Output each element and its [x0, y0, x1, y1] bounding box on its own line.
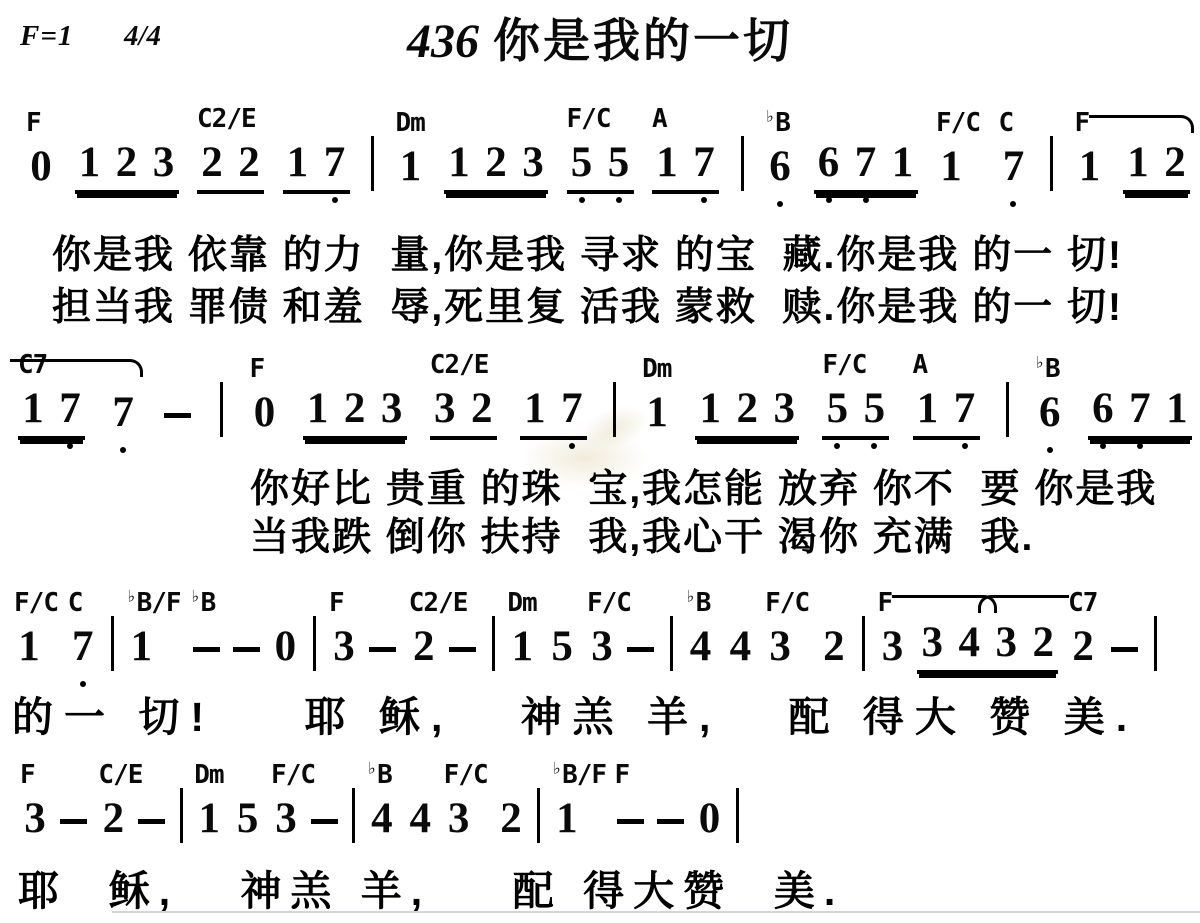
note-beam-group: 17 — [18, 387, 85, 440]
bar-line — [180, 788, 183, 843]
note-digit: 1 — [1165, 387, 1189, 431]
note-digit: 7 — [560, 387, 584, 431]
beat-group: 2 — [819, 588, 849, 674]
beat-group: 123 — [303, 350, 407, 440]
note-digit: 6 — [1091, 387, 1115, 431]
note-beam-group: 3 — [878, 625, 908, 674]
tie-curve-right — [1089, 115, 1194, 133]
note-beam-group: 3 — [20, 797, 90, 846]
flat-icon: ♭ — [1035, 353, 1045, 373]
chord-label: C7 — [18, 350, 47, 387]
beat-group: 5 — [547, 588, 577, 674]
note-beam-group: 4 — [686, 625, 716, 674]
beat-group: 123 — [75, 104, 179, 194]
note-beam-group: 671 — [814, 141, 918, 194]
note-digit: 2 — [343, 387, 367, 431]
note-beam-group: 0 — [614, 797, 724, 846]
bar-line — [492, 616, 495, 671]
note-digit: 1 — [645, 391, 669, 435]
note-beam-group: 6 — [1035, 391, 1065, 440]
beat-group: F0 — [614, 760, 724, 846]
note-beam-group: 1 — [14, 625, 44, 674]
note-digit: 7 — [953, 387, 977, 431]
note-beam-group: 1 — [507, 625, 537, 674]
note-beam-group: 4 — [367, 797, 397, 846]
sustain-dash — [233, 647, 260, 652]
note-beam-group: 17 — [652, 141, 719, 194]
beat-group: C72 — [1068, 588, 1098, 674]
note-digit: 3 — [332, 625, 356, 669]
note-digit: 5 — [607, 141, 631, 185]
beat-group: Dm1 — [194, 760, 224, 846]
chord-label: F — [250, 354, 265, 391]
chord-label: Dm — [396, 108, 425, 145]
bar-line — [1050, 136, 1053, 191]
chord-label: F/C — [444, 760, 488, 797]
note-digit: 2 — [1071, 625, 1095, 669]
note-beam-group: 4 — [405, 797, 435, 846]
sustain-dash — [369, 647, 396, 652]
note-digit: 2 — [115, 141, 139, 185]
sustain-dash — [311, 819, 338, 824]
note-digit: 3 — [590, 625, 614, 669]
note-digit: 7 — [854, 141, 878, 185]
note-digit: 3 — [152, 141, 176, 185]
flat-icon: ♭ — [686, 587, 696, 607]
sustain-dash — [193, 647, 220, 652]
sustain-dash — [60, 819, 87, 824]
note-digit: 1 — [523, 387, 547, 431]
beat-group: Dm1 — [396, 108, 426, 194]
note-beam-group: 2 — [98, 797, 168, 846]
note-digit: 3 — [521, 141, 545, 185]
note-digit: 5 — [862, 387, 886, 431]
sustain-dash — [617, 819, 644, 824]
beat-group: ♭B4 — [367, 760, 397, 846]
note-digit: 2 — [470, 387, 494, 431]
chord-label: ♭B — [686, 588, 711, 625]
beat-group: C7 — [998, 108, 1028, 194]
note-digit: 7 — [58, 387, 82, 431]
note-digit: 3 — [447, 797, 471, 841]
note-digit: 1 — [939, 145, 963, 189]
lyrics-line-2-verse-2: 当我跌 倒你 扶持 我,我心干 渴你 充满 我. — [250, 506, 1034, 562]
note-digit: 1 — [78, 141, 102, 185]
note-digit: 5 — [550, 625, 574, 669]
note-digit: 3 — [433, 387, 457, 431]
flat-icon: ♭ — [190, 587, 200, 607]
tie-curve-over — [10, 359, 143, 377]
note-digit: 1 — [197, 797, 221, 841]
chord-label: F/C — [587, 588, 631, 625]
note-digit: 1 — [399, 145, 423, 189]
note-beam-group: 17 — [283, 141, 350, 194]
note-beam-group: 2 — [819, 625, 849, 674]
note-beam-group: 12 — [1123, 141, 1190, 194]
note-beam-group: 0 — [250, 391, 280, 440]
chord-label: C2/E — [197, 104, 256, 141]
note-beam-group: 1 — [126, 625, 156, 674]
beat-group: 2 — [496, 760, 526, 846]
beat-group: C2/E32 — [430, 350, 497, 440]
chord-label: A — [652, 104, 667, 141]
note-digit: 4 — [689, 625, 713, 669]
note-beam-group: 123 — [444, 141, 548, 194]
note-digit: 2 — [200, 141, 224, 185]
note-beam-group: 123 — [695, 387, 799, 440]
beat-group: 671 — [1088, 350, 1192, 440]
note-digit: 1 — [286, 141, 310, 185]
note-beam-group: 1 — [396, 145, 426, 194]
note-digit: 1 — [306, 387, 330, 431]
note-digit: 1 — [129, 625, 153, 669]
beat-group: C2/E2 — [409, 588, 479, 674]
note-beam-group: 1 — [552, 797, 582, 846]
sheet-music-page: F=1 4/4 436你是我的一切 F0123C2/E2217Dm1123F/C… — [0, 0, 1200, 923]
note-digit: 3 — [768, 625, 792, 669]
note-digit: 2 — [412, 625, 436, 669]
lyrics-line-3: 的一 切! 耶 稣, 神羔 羊, 配 得大 赞 美. — [12, 684, 1138, 743]
notation-system-2: C7177F0123C2/E3217Dm1123F/C55A17♭B6671 — [18, 350, 1192, 440]
chord-label: F — [878, 588, 893, 625]
beat-group: ♭B4 — [686, 588, 716, 674]
beat-group: Dm1 — [642, 354, 672, 440]
beat-group: 123 — [444, 104, 548, 194]
sustain-dash — [1111, 647, 1138, 652]
chord-label: F/C — [936, 108, 980, 145]
beat-group: F3 — [878, 588, 908, 674]
bar-line — [1154, 616, 1157, 671]
note-digit: 5 — [570, 141, 594, 185]
chord-label: C2/E — [409, 588, 468, 625]
note-beam-group: 2 — [1068, 625, 1098, 674]
note-digit: 0 — [29, 145, 53, 189]
chord-label: Dm — [642, 354, 671, 391]
beat-group: F/C1 — [936, 108, 980, 194]
note-digit: 7 — [692, 141, 716, 185]
sustain-dash — [164, 413, 191, 418]
note-beam-group: 3 — [444, 797, 474, 846]
sustain-dash — [138, 819, 165, 824]
note-beam-group: 3 — [587, 625, 657, 674]
beat-group: 17 — [283, 104, 350, 194]
notation-system-1: F0123C2/E2217Dm1123F/C55A17♭B6671F/C1C7F… — [26, 104, 1190, 194]
chord-label: C — [998, 108, 1013, 145]
bar-line — [313, 616, 316, 671]
note-digit: 3 — [881, 625, 905, 669]
note-digit: 7 — [71, 625, 95, 669]
note-beam-group: 7 — [68, 625, 98, 674]
bar-line — [537, 788, 540, 843]
note-digit: 3 — [23, 797, 47, 841]
chord-label: C/E — [98, 760, 142, 797]
note-beam-group: 55 — [822, 387, 889, 440]
note-beam-group: 4 — [725, 625, 755, 674]
bar-line — [670, 616, 673, 671]
beat-group: F/C55 — [822, 350, 889, 440]
beat-group: ♭B/F1 — [126, 588, 180, 674]
beat-group: F1 — [1074, 108, 1104, 194]
note-beam-group: 1 — [194, 797, 224, 846]
flat-icon: ♭ — [552, 759, 562, 779]
beat-group — [161, 376, 194, 440]
note-digit: 2 — [237, 141, 261, 185]
note-beam-group: 3 — [329, 625, 399, 674]
flat-icon: ♭ — [765, 107, 775, 127]
note-digit: 2 — [499, 797, 523, 841]
song-number: 436 — [407, 15, 479, 68]
lyrics-line-4: 耶 稣, 神羔 羊, 配 得大赞 美. — [18, 858, 844, 917]
chord-label: ♭B/F — [126, 588, 180, 625]
note-beam-group — [161, 413, 194, 440]
beat-group: Dm1 — [507, 588, 537, 674]
note-beam-group: 7 — [998, 145, 1028, 194]
beat-group: 4 — [405, 760, 435, 846]
note-digit: 1 — [655, 141, 679, 185]
bar-line — [736, 788, 739, 843]
lyrics-line-1-verse-2: 担当我 罪债 和羞 辱,死里复 活我 蒙救 赎.你是我 的一 切! — [52, 276, 1123, 332]
tie-curve-left — [978, 595, 1069, 613]
bar-line — [111, 616, 114, 671]
note-digit: 5 — [825, 387, 849, 431]
chord-label: ♭B — [765, 108, 790, 145]
page-title: 436你是我的一切 — [0, 4, 1200, 71]
chord-label: Dm — [194, 760, 223, 797]
note-digit: 2 — [484, 141, 508, 185]
note-digit: 0 — [273, 625, 297, 669]
bar-line — [862, 616, 865, 671]
note-digit: 2 — [101, 797, 125, 841]
chord-label: F/C — [567, 104, 611, 141]
note-digit: 0 — [697, 797, 721, 841]
note-beam-group: 123 — [303, 387, 407, 440]
note-beam-group: 55 — [567, 141, 634, 194]
note-digit: 1 — [21, 387, 45, 431]
beat-group: ♭B6 — [1035, 354, 1065, 440]
note-beam-group: 32 — [430, 387, 497, 440]
notation-system-4: F3C/E2Dm15F/C3♭B44F/C32♭B/F1F0 — [20, 760, 742, 846]
note-digit: 0 — [253, 391, 277, 435]
flat-icon: ♭ — [126, 587, 136, 607]
note-beam-group: 5 — [233, 797, 263, 846]
chord-label: F/C — [822, 350, 866, 387]
bar-line — [741, 136, 744, 191]
beat-group: F3 — [329, 588, 399, 674]
sustain-dash — [627, 647, 654, 652]
bar-line — [352, 788, 355, 843]
bar-line — [613, 382, 616, 437]
note-digit: 4 — [408, 797, 432, 841]
note-digit: 3 — [772, 387, 796, 431]
chord-label: F — [614, 760, 629, 797]
beat-group: F/C3 — [444, 760, 488, 846]
chord-label: F/C — [14, 588, 58, 625]
note-beam-group: 22 — [197, 141, 264, 194]
chord-label: Dm — [507, 588, 536, 625]
note-digit: 1 — [698, 387, 722, 431]
note-beam-group: 2 — [496, 797, 526, 846]
note-digit: 1 — [17, 625, 41, 669]
beat-group: F3 — [20, 760, 90, 846]
note-beam-group: 7 — [108, 391, 138, 440]
note-digit: 6 — [1038, 391, 1062, 435]
chord-label: ♭B — [367, 760, 392, 797]
note-digit: 3 — [920, 621, 944, 665]
beat-group: 123 — [695, 350, 799, 440]
note-digit: 6 — [768, 145, 792, 189]
note-beam-group: 2 — [409, 625, 479, 674]
beat-group: F0 — [26, 108, 56, 194]
beat-group: A17 — [652, 104, 719, 194]
note-digit: 1 — [447, 141, 471, 185]
note-beam-group: 3 — [271, 797, 341, 846]
chord-label: F — [20, 760, 35, 797]
song-title-text: 你是我的一切 — [493, 14, 793, 67]
note-beam-group: 123 — [75, 141, 179, 194]
beat-group: F/C1 — [14, 588, 58, 674]
beat-group: ♭B0 — [190, 588, 300, 674]
beat-group: A17 — [913, 350, 980, 440]
beat-group: F/C3 — [271, 760, 341, 846]
chord-label: ♭B — [1035, 354, 1060, 391]
lyrics-line-1-verse-1: 你是我 依靠 的力 量,你是我 寻求 的宝 藏.你是我 的一 切! — [52, 224, 1123, 280]
chord-label: F/C — [271, 760, 315, 797]
note-digit: 1 — [891, 141, 915, 185]
chord-label: F/C — [765, 588, 809, 625]
note-beam-group: 671 — [1088, 387, 1192, 440]
chord-label: F — [329, 588, 344, 625]
flat-icon: ♭ — [367, 759, 377, 779]
scan-artifact-line — [112, 911, 1200, 913]
beat-group: C/E2 — [98, 760, 168, 846]
bar-line — [1006, 382, 1009, 437]
note-digit: 1 — [1077, 145, 1101, 189]
note-digit: 2 — [735, 387, 759, 431]
note-digit: 1 — [510, 625, 534, 669]
note-digit: 1 — [555, 797, 579, 841]
note-digit: 5 — [236, 797, 260, 841]
note-digit: 4 — [728, 625, 752, 669]
note-digit: 7 — [111, 391, 135, 435]
beat-group: F/C3 — [587, 588, 657, 674]
beat-group: C2/E22 — [197, 104, 264, 194]
note-digit: 4 — [957, 621, 981, 665]
beat-group: C717 — [18, 350, 85, 440]
note-beam-group: 3 — [765, 625, 795, 674]
beat-group: ♭B/F1 — [552, 760, 606, 846]
beat-group: 671 — [814, 104, 918, 194]
beat-group: F0 — [250, 354, 280, 440]
chord-label: ♭B — [190, 588, 215, 625]
beat-group: 5 — [233, 760, 263, 846]
note-beam-group: 17 — [520, 387, 587, 440]
beat-group: 4 — [725, 588, 755, 674]
note-digit: 2 — [1163, 141, 1187, 185]
notation-system-3: F/C1C7♭B/F1♭B0F3C2/E2Dm15F/C3♭B44F/C32F3… — [14, 584, 1160, 674]
chord-label: C — [68, 588, 83, 625]
note-digit: 3 — [994, 621, 1018, 665]
note-digit: 4 — [370, 797, 394, 841]
sustain-dash — [657, 819, 684, 824]
note-beam-group: 1 — [642, 391, 672, 440]
note-beam-group: 0 — [190, 625, 300, 674]
beat-group: C7 — [68, 588, 98, 674]
note-beam-group: 6 — [765, 145, 795, 194]
note-digit: 6 — [817, 141, 841, 185]
note-digit: 7 — [1128, 387, 1152, 431]
note-digit: 7 — [323, 141, 347, 185]
note-digit: 7 — [1001, 145, 1025, 189]
note-beam-group: 1 — [936, 145, 966, 194]
chord-label: F — [26, 108, 41, 145]
note-digit: 2 — [822, 625, 846, 669]
bar-line — [371, 136, 374, 191]
chord-label: A — [913, 350, 928, 387]
note-beam-group: 0 — [26, 145, 56, 194]
beat-group — [1108, 610, 1141, 674]
beat-group: ♭B6 — [765, 108, 795, 194]
beat-group: F/C3 — [765, 588, 809, 674]
note-digit: 3 — [380, 387, 404, 431]
note-digit: 3 — [274, 797, 298, 841]
note-digit: 1 — [916, 387, 940, 431]
chord-label: C7 — [1068, 588, 1097, 625]
note-digit: 1 — [1126, 141, 1150, 185]
beat-group: 17 — [520, 350, 587, 440]
note-digit: 2 — [1031, 621, 1055, 665]
beat-group: F/C55 — [567, 104, 634, 194]
chord-label: C2/E — [430, 350, 489, 387]
chord-label: ♭B/F — [552, 760, 606, 797]
sustain-dash — [449, 647, 476, 652]
note-beam-group — [1108, 647, 1141, 674]
note-beam-group: 5 — [547, 625, 577, 674]
note-beam-group: 1 — [1074, 145, 1104, 194]
bar-line — [220, 382, 223, 437]
note-beam-group: 17 — [913, 387, 980, 440]
note-beam-group: 3432 — [917, 621, 1058, 674]
chord-label: F — [1074, 108, 1089, 145]
